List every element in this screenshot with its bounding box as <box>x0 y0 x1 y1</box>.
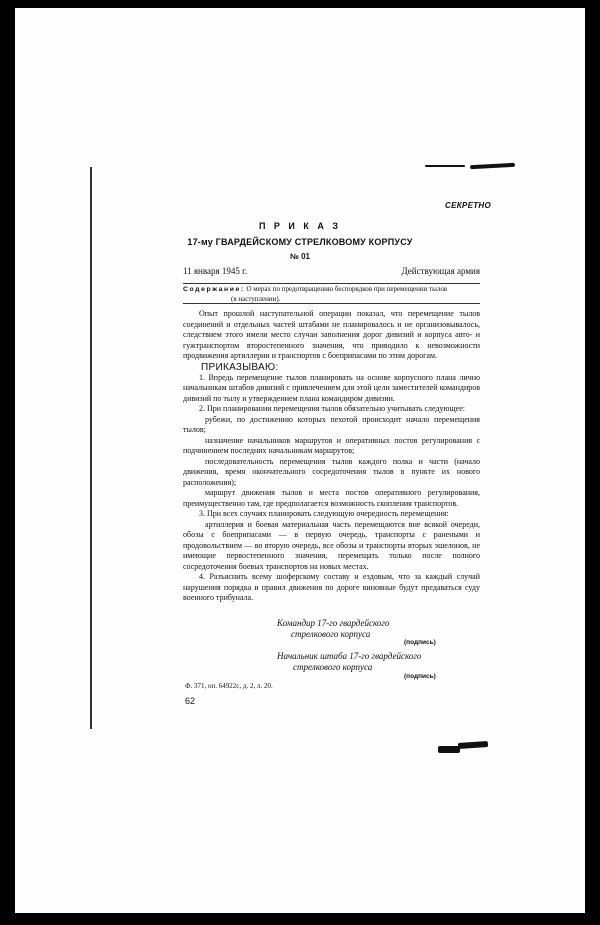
archive-reference: Ф. 371, оп. 64922с, д. 2, л. 20. <box>185 682 273 690</box>
classification-stamp: СЕКРЕТНО <box>445 201 491 210</box>
order-body: Опыт прошлой наступательной операции пок… <box>183 309 480 604</box>
date-line: 11 января 1945 г. Действующая армия <box>183 266 480 276</box>
signature-chief-of-staff-title: Начальник штаба 17-го гвардейского <box>277 651 421 662</box>
order-number: № 01 <box>0 252 600 261</box>
order-subpoint: назначение начальников маршрутов и опера… <box>183 436 480 457</box>
order-heading: ПРИКАЗЫВАЮ: <box>183 362 480 373</box>
order-subpoint: рубежи, по достижению которых пехотой пр… <box>183 415 480 436</box>
order-point-2: 2. При планировании перемещения тылов об… <box>183 404 480 415</box>
order-subpoint: маршрут движения тылов и места постов оп… <box>183 488 480 509</box>
signature-mark: (подпись) <box>404 639 436 646</box>
contents-text: О мерах по предотвращению беспорядков пр… <box>247 285 448 293</box>
order-point-1: 1. Впредь перемещение тылов планировать … <box>183 373 480 405</box>
signature-commander-title: Командир 17-го гвардейского <box>277 618 389 629</box>
order-location: Действующая армия <box>402 266 480 276</box>
order-subpoint: артиллерия и боевая материальная часть п… <box>183 520 480 573</box>
page-number: 62 <box>185 696 195 706</box>
document-title: П Р И К А З <box>0 221 600 231</box>
contents-summary: Содержание: О мерах по предотвращению бе… <box>183 285 480 303</box>
contents-label: Содержание: <box>183 286 245 293</box>
divider <box>183 303 480 304</box>
scan-artifact <box>438 746 460 753</box>
order-date: 11 января 1945 г. <box>183 266 247 276</box>
signature-commander-unit: стрелкового корпуса <box>291 629 370 640</box>
signature-chief-of-staff-unit: стрелкового корпуса <box>293 662 372 673</box>
contents-text-cont: (в наступлении). <box>183 295 480 304</box>
scan-artifact <box>425 165 465 167</box>
addressee: 17-му ГВАРДЕЙСКОМУ СТРЕЛКОВОМУ КОРПУСУ <box>0 237 600 247</box>
preamble-paragraph: Опыт прошлой наступательной операции пок… <box>183 309 480 362</box>
order-point-4: 4. Разъяснить всему шоферскому составу и… <box>183 572 480 604</box>
order-subpoint: последовательность перемещения тылов каж… <box>183 457 480 489</box>
order-point-3: 3. При всех случаях планировать следующу… <box>183 509 480 520</box>
signature-mark: (подпись) <box>404 673 436 680</box>
divider <box>183 283 480 284</box>
